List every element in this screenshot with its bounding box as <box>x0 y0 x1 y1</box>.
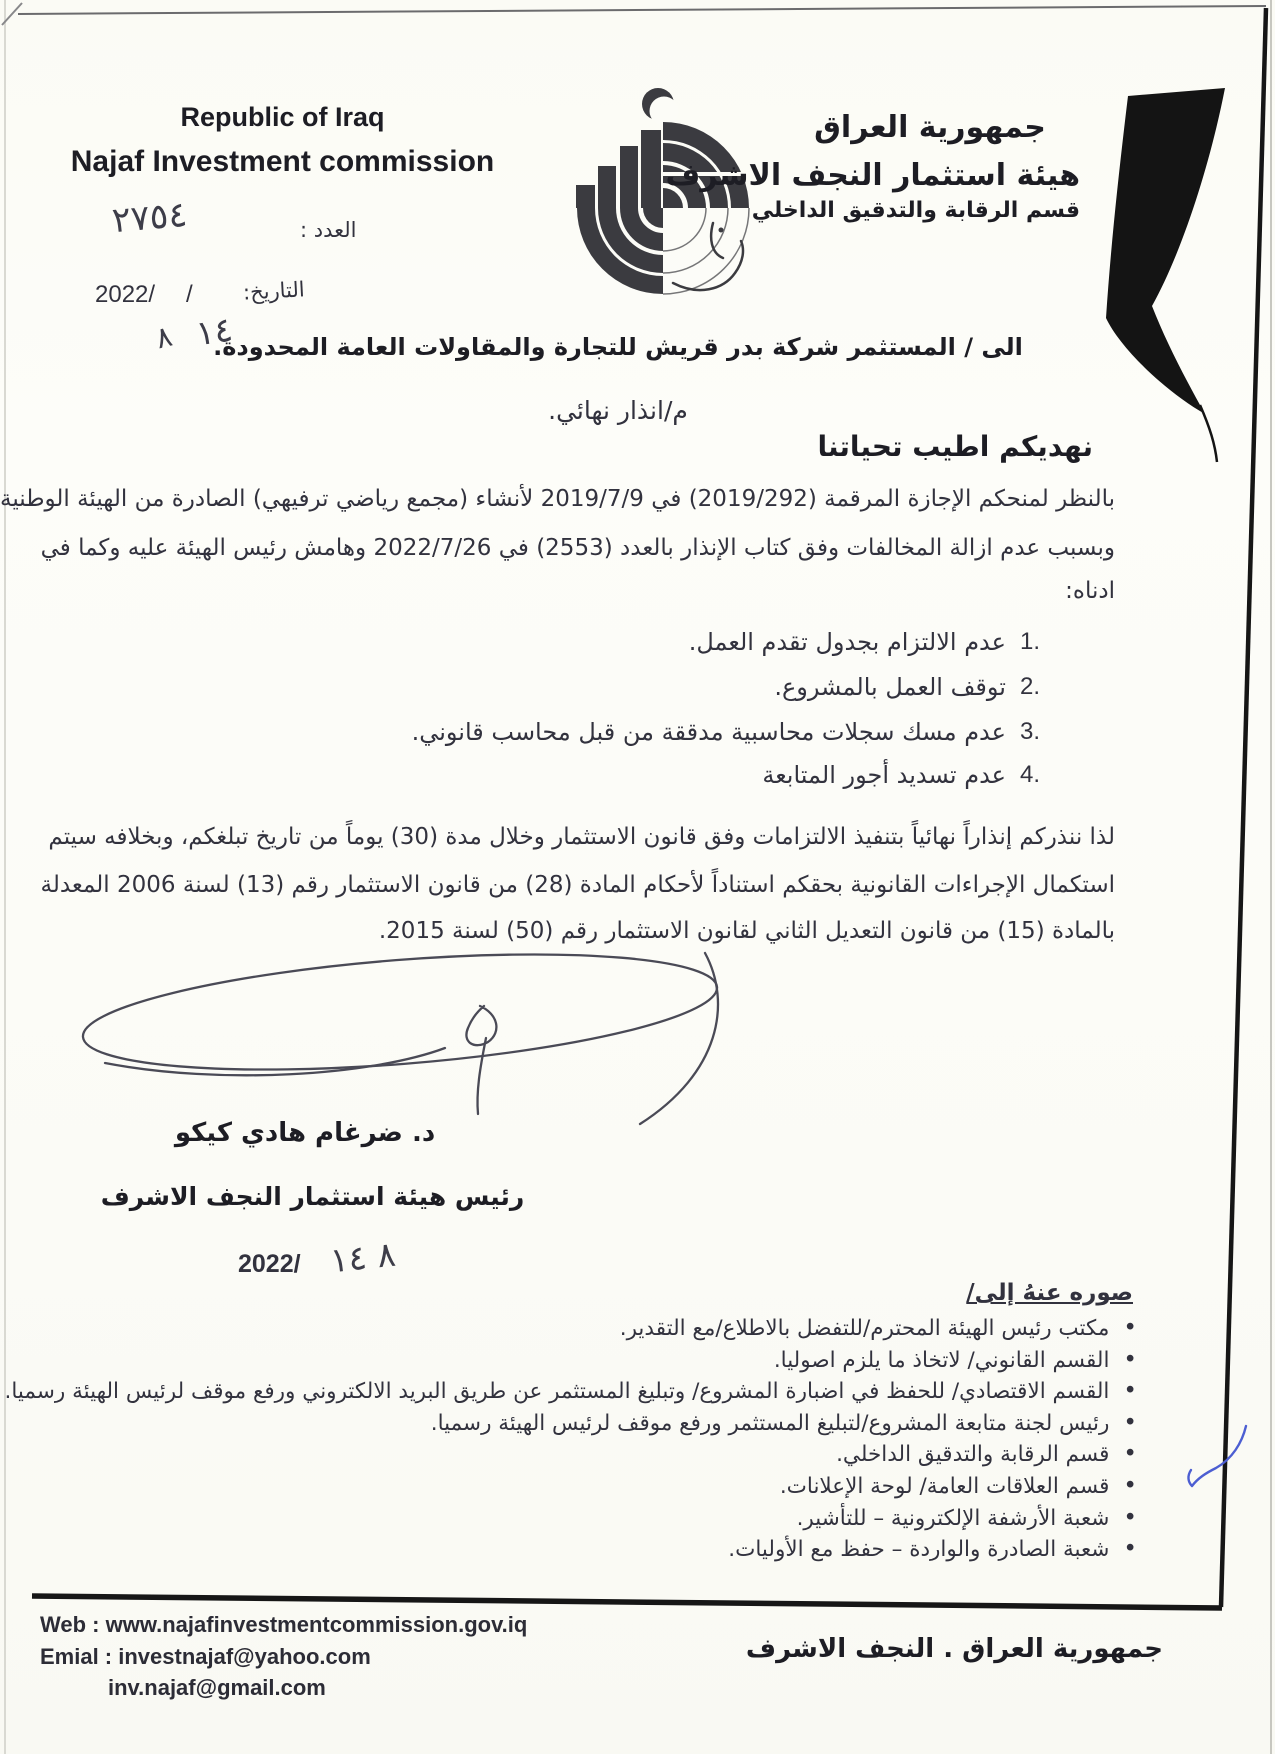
cc-item-text: القسم القانوني/ لاتخاذ ما يلزم اصوليا. <box>774 1345 1110 1377</box>
cc-item-text: القسم الاقتصادي/ للحفظ في اضبارة المشروع… <box>5 1376 1110 1408</box>
paragraph1-line3: ادناه: <box>1065 578 1115 604</box>
cc-item-economic-dept: • القسم الاقتصادي/ للحفظ في اضبارة المشر… <box>5 1376 1137 1408</box>
letterhead-arabic-country: جمهورية العراق <box>780 110 1080 145</box>
cc-item-text: شعبة الصادرة والواردة – حفظ مع الأوليات. <box>728 1534 1109 1566</box>
bullet-icon: • <box>1123 1408 1137 1440</box>
violation-item-4: 4. عدم تسديد أجور المتابعة <box>762 761 1040 789</box>
cc-item-text: مكتب رئيس الهيئة المحترم/للتفضل بالاطلاع… <box>620 1313 1110 1345</box>
cc-item-chairman-office: • مكتب رئيس الهيئة المحترم/للتفضل بالاطل… <box>5 1313 1137 1345</box>
bullet-icon: • <box>1123 1503 1137 1535</box>
violation-item-1: 1. عدم الالتزام بجدول تقدم العمل. <box>689 628 1040 656</box>
letterhead-english-country: Republic of Iraq <box>5 102 560 133</box>
signer-name: د. ضرغام هادي كيكو <box>145 1118 465 1148</box>
cc-item-text: قسم العلاقات العامة/ لوحة الإعلانات. <box>780 1471 1110 1503</box>
paragraph2-line1: لذا ننذركم إنذاراً نهائياً بتنفيذ الالتز… <box>48 824 1115 850</box>
cc-item-text: رئيس لجنة متابعة المشروع/لتبليغ المستثمر… <box>431 1408 1110 1440</box>
signature-date-handwritten: ٨ ١٤ <box>328 1235 397 1282</box>
bullet-icon: • <box>1123 1313 1137 1345</box>
ref-date-slash: / <box>186 281 193 309</box>
blue-pen-checkmark <box>1182 1418 1254 1496</box>
signature-date-year-printed: 2022/ <box>238 1250 301 1279</box>
cc-item-followup-committee: • رئيس لجنة متابعة المشروع/لتبليغ المستث… <box>5 1408 1137 1440</box>
cc-item-audit-dept: • قسم الرقابة والتدقيق الداخلي. <box>5 1439 1137 1471</box>
cc-item-legal-dept: • القسم القانوني/ لاتخاذ ما يلزم اصوليا. <box>5 1345 1137 1377</box>
violation-number: 4. <box>1020 761 1040 789</box>
footer-email-line2: inv.najaf@gmail.com <box>108 1675 326 1701</box>
footer-email-line1: Emial : investnajaf@yahoo.com <box>40 1644 371 1670</box>
paragraph1-line2: وبسبب عدم ازالة المخالفات وفق كتاب الإنذ… <box>41 535 1115 561</box>
subject-to-line: الى / المستثمر شركة بدر قريش للتجارة وال… <box>0 333 1236 361</box>
cc-item-text: قسم الرقابة والتدقيق الداخلي. <box>836 1439 1109 1471</box>
violation-number: 1. <box>1020 628 1040 656</box>
cc-heading: صوره عنهُ إلى/ <box>966 1280 1133 1306</box>
ref-date-label: التاريخ: <box>242 277 305 304</box>
ref-number-handwritten: ٢٧٥٤ <box>110 195 188 241</box>
cc-item-public-relations: • قسم العلاقات العامة/ لوحة الإعلانات. <box>5 1471 1137 1503</box>
scanned-letter-page: Republic of Iraq Najaf Investment commis… <box>0 0 1275 1754</box>
letterhead-arabic-commission: هيئة استثمار النجف الاشرف <box>780 158 1080 193</box>
bullet-icon: • <box>1123 1345 1137 1377</box>
cc-item-earchive-unit: • شعبة الأرشفة الإلكترونية – للتأشير. <box>5 1503 1137 1535</box>
violation-number: 2. <box>1020 673 1040 701</box>
violation-text: عدم الالتزام بجدول تقدم العمل. <box>689 628 1006 656</box>
cc-item-text: شعبة الأرشفة الإلكترونية – للتأشير. <box>797 1503 1110 1535</box>
bullet-icon: • <box>1123 1534 1137 1566</box>
letterhead-english-commission: Najaf Investment commission <box>5 145 560 179</box>
ref-number-label: العدد : <box>300 218 357 242</box>
violation-item-3: 3. عدم مسك سجلات محاسبية مدققة من قبل مح… <box>412 718 1040 746</box>
footer-arabic-line: جمهورية العراق . النجف الاشرف <box>746 1634 1163 1664</box>
letterhead-arabic-department: قسم الرقابة والتدقيق الداخلي <box>780 198 1080 223</box>
ref-date-year-printed: 2022/ <box>95 281 155 309</box>
bullet-icon: • <box>1123 1376 1137 1408</box>
greeting-line: نهديكم اطيب تحياتنا <box>817 430 1093 463</box>
violation-item-2: 2. توقف العمل بالمشروع. <box>774 673 1040 701</box>
cc-list: • مكتب رئيس الهيئة المحترم/للتفضل بالاطل… <box>5 1313 1137 1566</box>
handwritten-signature-oval <box>60 878 760 1148</box>
bullet-icon: • <box>1123 1471 1137 1503</box>
violation-text: توقف العمل بالمشروع. <box>774 673 1006 701</box>
violation-number: 3. <box>1020 718 1040 746</box>
signer-title: رئيس هيئة استثمار النجف الاشرف <box>95 1182 530 1211</box>
footer-web-line: Web : www.najafinvestmentcommission.gov.… <box>40 1612 527 1638</box>
violation-text: عدم مسك سجلات محاسبية مدققة من قبل محاسب… <box>412 718 1006 746</box>
bullet-icon: • <box>1123 1439 1137 1471</box>
paragraph1-line1: بالنظر لمنحكم الإجازة المرقمة (2019/292)… <box>0 486 1115 512</box>
violation-text: عدم تسديد أجور المتابعة <box>762 761 1006 789</box>
subject-re-line: م/انذار نهائي. <box>0 396 1236 425</box>
cc-item-incoming-outgoing-unit: • شعبة الصادرة والواردة – حفظ مع الأوليا… <box>5 1534 1137 1566</box>
